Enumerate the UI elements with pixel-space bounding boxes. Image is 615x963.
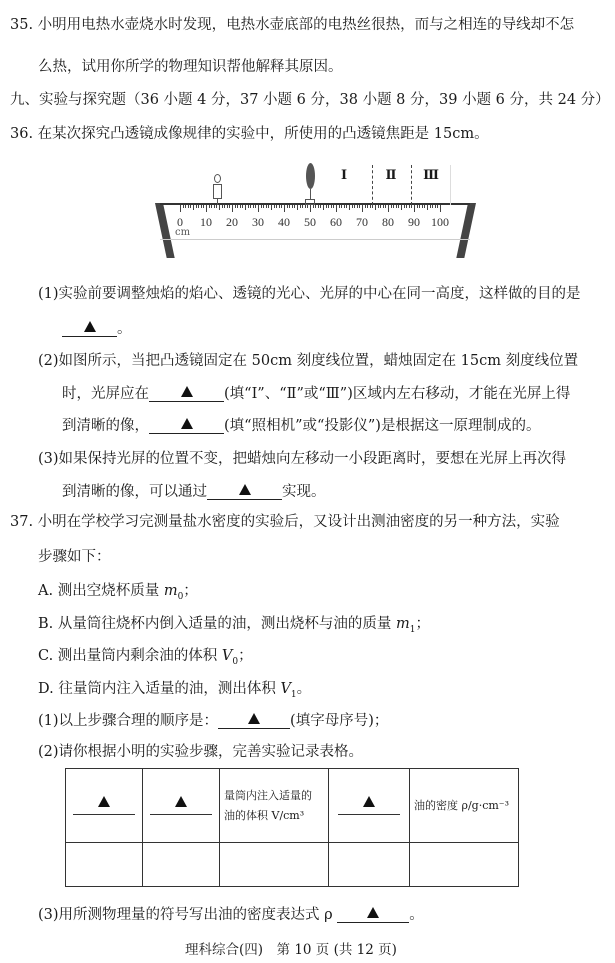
ruler-tick (302, 205, 303, 208)
ruler-tick (289, 205, 290, 208)
ruler-tick (307, 205, 308, 208)
ruler-tick (229, 205, 230, 208)
q36-p2-line1: (2)如图所示，当把凸透镜固定在 50cm 刻度线位置，蜡烛固定在 15cm 刻… (38, 352, 578, 370)
q37-p3: (3)用所测物理量的符号写出油的密度表达式 ρ 。 (38, 906, 424, 924)
q37-step-b: B. 从量筒往烧杯内倒入适量的油，测出烧杯与油的质量 m1； (38, 615, 430, 639)
answer-blank-q36-1[interactable] (62, 320, 117, 337)
region-divider-80 (411, 165, 412, 205)
ruler-tick-label: 40 (278, 215, 290, 230)
ruler-tick (336, 205, 337, 212)
q37-stem2: 步骤如下： (38, 548, 111, 566)
ruler-tick (203, 205, 204, 208)
ruler-tick (266, 205, 267, 208)
answer-blank-q36-2a[interactable] (149, 385, 224, 402)
ruler-tick-label: 80 (382, 215, 394, 230)
ruler-tick (391, 205, 392, 208)
ruler-tick (383, 205, 384, 208)
ruler-tick (398, 205, 399, 208)
ruler-tick (211, 205, 212, 208)
ruler-tick (261, 205, 262, 208)
ruler-tick (362, 205, 363, 212)
ruler-tick (318, 205, 319, 208)
ruler-tick (414, 205, 415, 212)
ruler-tick (281, 205, 282, 208)
ruler-tick (372, 205, 373, 208)
ruler-tick (276, 205, 277, 208)
page-footer: 理科综合(四) 第 10 页 (共 12 页) (185, 941, 397, 959)
ruler-tick (294, 205, 295, 208)
q35-line1: 35. 小明用电热水壶烧水时发现，电热水壶底部的电热丝很热，而与之相连的导线却不… (10, 16, 574, 34)
optical-bench-diagram: 0102030405060708090100 Ⅰ Ⅱ Ⅲ cm (150, 160, 490, 260)
ruler-tick-label: 50 (304, 215, 316, 230)
ruler-tick (326, 205, 327, 208)
ruler-tick (271, 205, 272, 210)
answer-blank-q36-2b[interactable] (149, 417, 224, 434)
ruler-tick (320, 205, 321, 208)
blank-marker-icon (181, 386, 193, 397)
ruler-tick (437, 205, 438, 208)
q36-p2-line3: 到清晰的像，(填“照相机”或“投影仪”)是根据这一原理制成的。 (62, 417, 540, 435)
ruler-tick (240, 205, 241, 208)
ruler-tick (279, 205, 280, 208)
ruler-tick (357, 205, 358, 208)
ruler-tick (422, 205, 423, 208)
ruler-tick (258, 205, 259, 212)
ruler-tick (185, 205, 186, 208)
ruler-tick-label: 90 (408, 215, 420, 230)
q36-p2-line2: 时，光屏应在(填“Ⅰ”、“Ⅱ”或“Ⅲ”)区域内左右移动，才能在光屏上得 (62, 385, 570, 403)
ruler-tick (315, 205, 316, 208)
ruler-tick (190, 205, 191, 208)
region-divider-95 (450, 165, 451, 205)
ruler-tick (359, 205, 360, 208)
ruler-tick (352, 205, 353, 208)
ruler-tick (206, 205, 207, 212)
ruler-tick (375, 205, 376, 210)
ruler-tick (198, 205, 199, 208)
section9-heading: 九、实验与探究题（36 小题 4 分，37 小题 6 分，38 小题 8 分，3… (10, 91, 610, 109)
ruler-tick (227, 205, 228, 208)
ruler-tick (248, 205, 249, 208)
region-I-label: Ⅰ (341, 168, 347, 183)
ruler-tick (367, 205, 368, 208)
ruler-tick (250, 205, 251, 208)
ruler-tick (201, 205, 202, 208)
table-cell[interactable] (143, 843, 220, 887)
ruler-tick (339, 205, 340, 208)
blank-marker-icon (84, 321, 96, 332)
blank-marker-icon (248, 713, 260, 724)
table-header-blank-3[interactable] (329, 769, 410, 843)
answer-blank-q37-3[interactable] (337, 906, 409, 923)
ruler-tick (354, 205, 355, 208)
ruler-tick (365, 205, 366, 208)
ruler-tick (224, 205, 225, 208)
q35-line2: 么热，试用你所学的物理知识帮他解释其原因。 (38, 58, 343, 76)
convex-lens-icon (305, 163, 315, 205)
ruler-tick (292, 205, 293, 208)
table-cell[interactable] (329, 843, 410, 887)
q37-step-d: D. 往量筒内注入适量的油，测出体积 V1。 (38, 680, 311, 704)
ruler-tick (232, 205, 233, 212)
ruler-tick (328, 205, 329, 208)
ruler-tick (344, 205, 345, 208)
ruler-tick-label: 20 (226, 215, 238, 230)
ruler-tick (378, 205, 379, 208)
region-divider-65 (372, 165, 373, 205)
q36-p1-line1: (1)实验前要调整烛焰的焰心、透镜的光心、光屏的中心在同一高度，这样做的目的是 (38, 285, 581, 303)
ruler-tick-label: 100 (431, 215, 449, 230)
q36-stem: 36. 在某次探究凸透镜成像规律的实验中，所使用的凸透镜焦距是 15cm。 (10, 125, 489, 143)
ruler-tick (193, 205, 194, 210)
ruler-tick (253, 205, 254, 208)
ruler-tick (219, 205, 220, 210)
ruler-tick (242, 205, 243, 208)
ruler-tick (263, 205, 264, 208)
ruler-tick (214, 205, 215, 208)
ruler-tick (341, 205, 342, 208)
ruler-tick (310, 205, 311, 212)
ruler-tick (297, 205, 298, 210)
ruler-tick (333, 205, 334, 208)
q37-p1: (1)以上步骤合理的顺序是：(填字母序号)； (38, 712, 388, 730)
ruler-tick (305, 205, 306, 208)
ruler-tick-label: 70 (356, 215, 368, 230)
ruler-tick-label: 10 (200, 215, 212, 230)
answer-blank-q37-1[interactable] (218, 712, 290, 729)
ruler-tick (222, 205, 223, 208)
ruler-tick (419, 205, 420, 208)
blank-marker-icon (175, 796, 187, 807)
table-header-density: 油的密度 ρ/g·cm⁻³ (410, 769, 519, 843)
table-header-blank-2[interactable] (143, 769, 220, 843)
blank-marker-icon (181, 418, 193, 429)
ruler-tick (255, 205, 256, 208)
ruler-tick (216, 205, 217, 208)
ruler-tick (313, 205, 314, 208)
blank-marker-icon (367, 907, 379, 918)
ruler-tick (268, 205, 269, 208)
ruler-tick (235, 205, 236, 208)
ruler-tick (331, 205, 332, 208)
ruler-tick (323, 205, 324, 210)
q36-p1-line2: 。 (62, 320, 132, 338)
candle-icon (212, 174, 222, 204)
ruler-scale: 0102030405060708090100 (160, 203, 470, 240)
ruler-tick (435, 205, 436, 208)
ruler-tick (417, 205, 418, 208)
region-II-label: Ⅱ (386, 168, 397, 183)
ruler-tick (409, 205, 410, 208)
blank-marker-icon (98, 796, 110, 807)
ruler-tick (427, 205, 428, 210)
ruler-tick (188, 205, 189, 208)
unit-label: cm (175, 227, 190, 238)
ruler-tick (300, 205, 301, 208)
q36-p3-line1: (3)如果保持光屏的位置不变，把蜡烛向左移动一小段距离时，要想在光屏上再次得 (38, 450, 566, 468)
ruler-tick (284, 205, 285, 212)
answer-blank-q36-3[interactable] (207, 483, 282, 500)
ruler-tick (196, 205, 197, 208)
table-row (66, 843, 519, 887)
ruler-tick (401, 205, 402, 210)
table-header-row: 量筒内注入适量的 油的体积 V/cm³ 油的密度 ρ/g·cm⁻³ (66, 769, 519, 843)
blank-marker-icon (363, 796, 375, 807)
blank-marker-icon (239, 484, 251, 495)
q37-p2: (2)请你根据小明的实验步骤，完善实验记录表格。 (38, 743, 363, 761)
ruler-tick (393, 205, 394, 208)
table-header-volume: 量筒内注入适量的 油的体积 V/cm³ (220, 769, 329, 843)
ruler-tick (380, 205, 381, 208)
ruler-tick-label: 60 (330, 215, 342, 230)
table-cell[interactable] (220, 843, 329, 887)
ruler-tick (406, 205, 407, 208)
ruler-tick (237, 205, 238, 208)
table-cell[interactable] (410, 843, 519, 887)
ruler-tick (411, 205, 412, 208)
ruler-tick (349, 205, 350, 210)
ruler-tick (430, 205, 431, 208)
table-cell[interactable] (66, 843, 143, 887)
ruler-tick (404, 205, 405, 208)
ruler-tick-label: 30 (252, 215, 264, 230)
q37-step-a: A. 测出空烧杯质量 m0； (38, 582, 198, 606)
q37-step-c: C. 测出量筒内剩余油的体积 V0； (38, 647, 253, 671)
q37-stem1: 37. 小明在学校学习完测量盐水密度的实验后，又设计出测油密度的另一种方法，实验 (10, 513, 560, 531)
q36-p3-line2: 到清晰的像，可以通过实现。 (62, 483, 326, 501)
ruler-tick (209, 205, 210, 208)
ruler-tick (396, 205, 397, 208)
region-III-label: Ⅲ (423, 168, 439, 183)
ruler-tick (287, 205, 288, 208)
ruler-tick (183, 205, 184, 208)
ruler-tick (440, 205, 441, 212)
ruler-tick (385, 205, 386, 208)
ruler-tick (180, 205, 181, 212)
ruler-tick (245, 205, 246, 210)
ruler-tick (274, 205, 275, 208)
ruler-tick (388, 205, 389, 212)
table-header-blank-1[interactable] (66, 769, 143, 843)
ruler-tick (370, 205, 371, 208)
ruler-tick (432, 205, 433, 208)
ruler-tick (346, 205, 347, 208)
ruler-tick (424, 205, 425, 208)
record-table: 量筒内注入适量的 油的体积 V/cm³ 油的密度 ρ/g·cm⁻³ (65, 768, 519, 887)
